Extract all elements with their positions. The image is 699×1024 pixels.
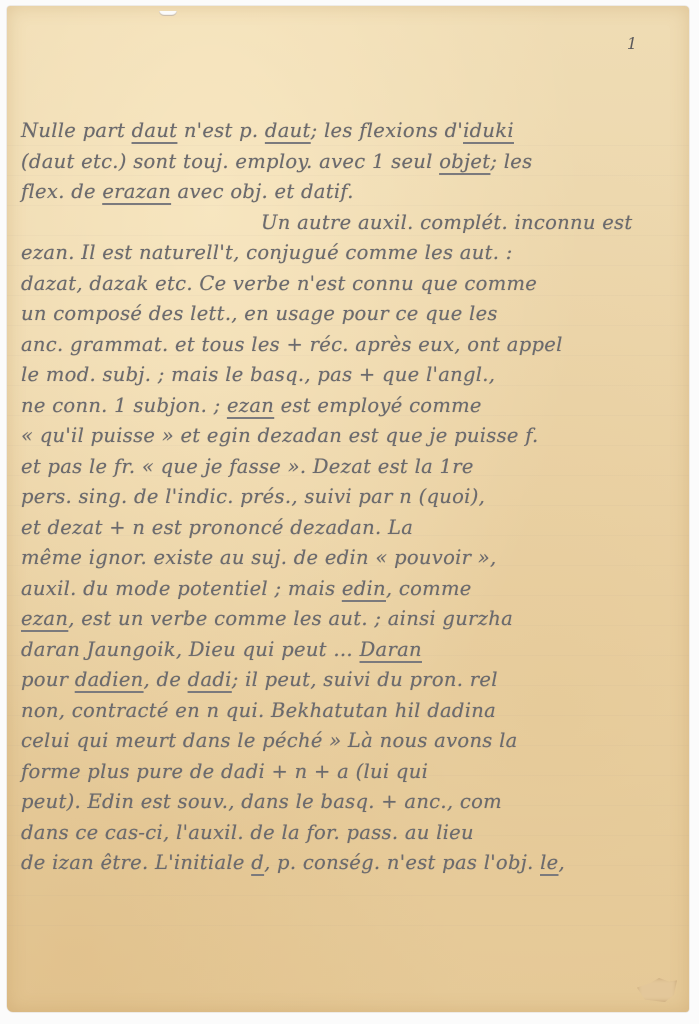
underlined-term: dadien <box>75 668 144 691</box>
scanned-page: 1 Nulle part daut n'est p. daut; les fle… <box>0 0 699 1024</box>
text-segment: ; les flexions d' <box>311 119 463 142</box>
manuscript-line: et dezat + n est prononcé dezadan. La <box>21 513 693 544</box>
underlined-term: daut <box>132 119 178 142</box>
handwritten-text-body: Nulle part daut n'est p. daut; les flexi… <box>21 116 693 879</box>
text-segment: daran Jaungoik, Dieu qui peut … <box>21 638 360 661</box>
text-segment: forme plus pure de dadi + n + a (lui qui <box>21 760 428 783</box>
text-segment: un composé des lett., en usage pour ce q… <box>21 302 498 325</box>
underlined-term: daut <box>265 119 311 142</box>
text-segment: non, contracté en n qui. Bekhatutan hil … <box>21 699 496 722</box>
text-segment: Un autre auxil. complét. inconnu est <box>261 211 632 234</box>
manuscript-line: le mod. subj. ; mais le basq., pas + que… <box>21 360 693 391</box>
text-segment: ne conn. 1 subjon. ; <box>21 394 227 417</box>
manuscript-line: et pas le fr. « que je fasse ». Dezat es… <box>21 452 693 483</box>
text-segment: flex. de <box>21 180 102 203</box>
text-segment: , comme <box>386 577 472 600</box>
underlined-term: le <box>540 851 558 874</box>
manuscript-line: forme plus pure de dadi + n + a (lui qui <box>21 757 693 788</box>
underlined-term: ezan <box>21 607 68 630</box>
text-segment: (daut etc.) sont touj. employ. avec 1 se… <box>21 150 439 173</box>
underlined-term: iduki <box>463 119 514 142</box>
text-segment: ; les <box>490 150 532 173</box>
manuscript-line: Un autre auxil. complét. inconnu est <box>21 208 693 239</box>
text-segment: , est un verbe comme les aut. ; ainsi gu… <box>68 607 513 630</box>
manuscript-line: un composé des lett., en usage pour ce q… <box>21 299 693 330</box>
text-segment: , p. conség. n'est pas l'obj. <box>264 851 540 874</box>
underlined-term: dadi <box>188 668 232 691</box>
manuscript-line: peut). Edin est souv., dans le basq. + a… <box>21 787 693 818</box>
manuscript-line: anc. grammat. et tous les + réc. après e… <box>21 330 693 361</box>
manuscript-line: (daut etc.) sont touj. employ. avec 1 se… <box>21 147 693 178</box>
underlined-term: objet <box>439 150 490 173</box>
text-segment: n'est p. <box>177 119 265 142</box>
manuscript-line: auxil. du mode potentiel ; mais edin, co… <box>21 574 693 605</box>
paper-notch <box>159 11 177 16</box>
underlined-term: erazan <box>102 180 171 203</box>
text-segment: , de <box>144 668 188 691</box>
text-segment: et pas le fr. « que je fasse ». Dezat es… <box>21 455 474 478</box>
text-segment: « qu'il puisse » et egin dezadan est que… <box>21 424 539 447</box>
text-segment: auxil. du mode potentiel ; mais <box>21 577 342 600</box>
manuscript-line: celui qui meurt dans le péché » Là nous … <box>21 726 693 757</box>
underlined-term: edin <box>342 577 386 600</box>
manuscript-line: daran Jaungoik, Dieu qui peut … Daran <box>21 635 693 666</box>
text-segment: et dezat + n est prononcé dezadan. La <box>21 516 413 539</box>
text-segment: ezan. Il est naturell't, conjugué comme … <box>21 241 513 264</box>
text-segment: dazat, dazak etc. Ce verbe n'est connu q… <box>21 272 537 295</box>
manuscript-line: dans ce cas-ci, l'auxil. de la for. pass… <box>21 818 693 849</box>
manuscript-line: Nulle part daut n'est p. daut; les flexi… <box>21 116 693 147</box>
underlined-term: ezan <box>227 394 274 417</box>
manuscript-line: même ignor. existe au suj. de edin « pou… <box>21 543 693 574</box>
text-segment: , <box>558 851 565 874</box>
text-segment: anc. grammat. et tous les + réc. après e… <box>21 333 563 356</box>
text-segment: de izan être. L'initiale <box>21 851 251 874</box>
manuscript-line: dazat, dazak etc. Ce verbe n'est connu q… <box>21 269 693 300</box>
paper-sheet: 1 Nulle part daut n'est p. daut; les fle… <box>7 6 689 1012</box>
text-segment: celui qui meurt dans le péché » Là nous … <box>21 729 518 752</box>
text-segment: ; il peut, suivi du pron. rel <box>232 668 498 691</box>
underlined-term: Daran <box>360 638 422 661</box>
text-segment: Nulle part <box>21 119 132 142</box>
manuscript-line: pers. sing. de l'indic. prés., suivi par… <box>21 482 693 513</box>
manuscript-line: ne conn. 1 subjon. ; ezan est employé co… <box>21 391 693 422</box>
text-segment: pour <box>21 668 75 691</box>
text-segment: pers. sing. de l'indic. prés., suivi par… <box>21 485 485 508</box>
text-segment: dans ce cas-ci, l'auxil. de la for. pass… <box>21 821 474 844</box>
page-number: 1 <box>627 34 637 53</box>
manuscript-line: ezan. Il est naturell't, conjugué comme … <box>21 238 693 269</box>
text-segment: avec obj. et datif. <box>171 180 354 203</box>
text-segment: est employé comme <box>274 394 482 417</box>
manuscript-line: « qu'il puisse » et egin dezadan est que… <box>21 421 693 452</box>
manuscript-line: ezan, est un verbe comme les aut. ; ains… <box>21 604 693 635</box>
text-segment: peut). Edin est souv., dans le basq. + a… <box>21 790 502 813</box>
manuscript-line: non, contracté en n qui. Bekhatutan hil … <box>21 696 693 727</box>
manuscript-line: flex. de erazan avec obj. et datif. <box>21 177 693 208</box>
underlined-term: d <box>251 851 264 874</box>
text-segment: le mod. subj. ; mais le basq., pas + que… <box>21 363 495 386</box>
torn-corner <box>637 978 677 1002</box>
text-segment: même ignor. existe au suj. de edin « pou… <box>21 546 497 569</box>
manuscript-line: de izan être. L'initiale d, p. conség. n… <box>21 848 693 879</box>
manuscript-line: pour dadien, de dadi; il peut, suivi du … <box>21 665 693 696</box>
